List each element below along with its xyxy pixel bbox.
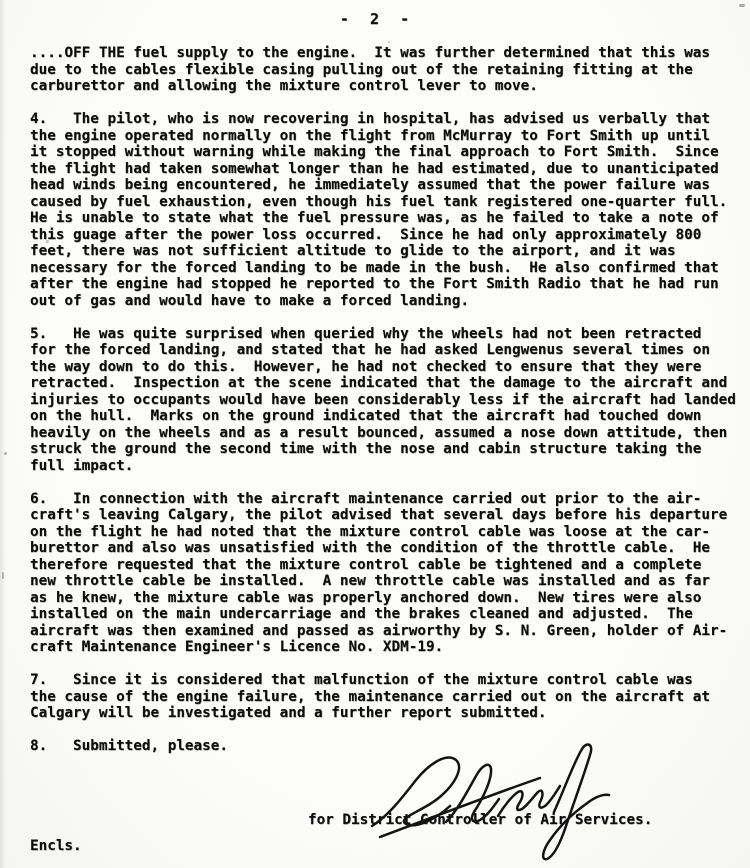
handwritten-signature <box>358 740 678 865</box>
scanned-report-page: - 2 - ....OFF THE fuel supply to the eng… <box>0 0 750 868</box>
scan-artifact <box>4 452 7 455</box>
paragraph-item-6: 6. In connection with the aircraft maint… <box>30 491 746 656</box>
scan-artifact <box>388 41 390 43</box>
page-number: - 2 - <box>0 11 750 28</box>
signature-scribble-icon <box>358 740 678 865</box>
scan-artifact <box>739 4 745 7</box>
enclosures-note: Encls. <box>30 838 82 855</box>
paragraph-item-4: 4. The pilot, who is now recovering in h… <box>30 111 746 309</box>
paragraph-item-5: 5. He was quite surprised when queried w… <box>30 326 746 475</box>
scan-artifact <box>2 572 4 579</box>
paragraph-continuation: ....OFF THE fuel supply to the engine. I… <box>30 45 746 95</box>
report-body: ....OFF THE fuel supply to the engine. I… <box>30 45 746 771</box>
paragraph-item-7: 7. Since it is considered that malfuncti… <box>30 672 746 722</box>
